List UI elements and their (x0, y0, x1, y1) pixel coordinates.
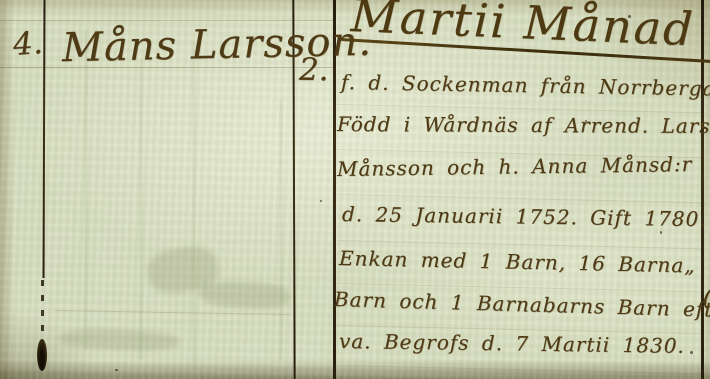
paper-speck (628, 15, 631, 18)
paper-speck (660, 231, 662, 234)
paper-speck (115, 369, 118, 371)
bleedthrough-mark (193, 40, 195, 370)
page-edge-rule (701, 0, 704, 379)
bleedthrough-mark (280, 100, 282, 360)
bleedthrough-ruled-line (55, 310, 290, 315)
bleedthrough-mark (85, 30, 87, 350)
row-number: 4. (12, 25, 44, 63)
detail-line: f. d. Sockenman från Norrberga. (341, 70, 710, 101)
paper-speck (585, 120, 587, 122)
detail-line: va. Begrofs d. 7 Martii 1830. (339, 329, 685, 358)
detail-line: Född i Wårdnäs af Arrend. Lars (337, 112, 710, 138)
ruled-line (337, 365, 705, 374)
bleedthrough-mark (140, 60, 142, 360)
detail-line: d. 25 Januarii 1752. Gift 1780. (342, 202, 707, 231)
column-rule-left (43, 0, 46, 278)
paper-speck (690, 351, 693, 354)
detail-line: Enkan med 1 Barn, 16 Barna„ (339, 246, 696, 277)
paper-speck (320, 200, 322, 202)
column-rule-left-faded (41, 280, 44, 338)
detail-line: Månsson och h. Anna Månsd:r (337, 152, 693, 181)
detail-line: Barn och 1 Barnabarns Barn efterlef, (334, 287, 710, 323)
entry-count: 2. (299, 52, 329, 89)
bleedthrough-mark (199, 280, 290, 311)
ink-blot (37, 339, 47, 371)
ledger-page: Martii Månad 4. Måns Larsson. 2. f. d. S… (0, 0, 710, 379)
bleedthrough-mark (60, 328, 181, 352)
